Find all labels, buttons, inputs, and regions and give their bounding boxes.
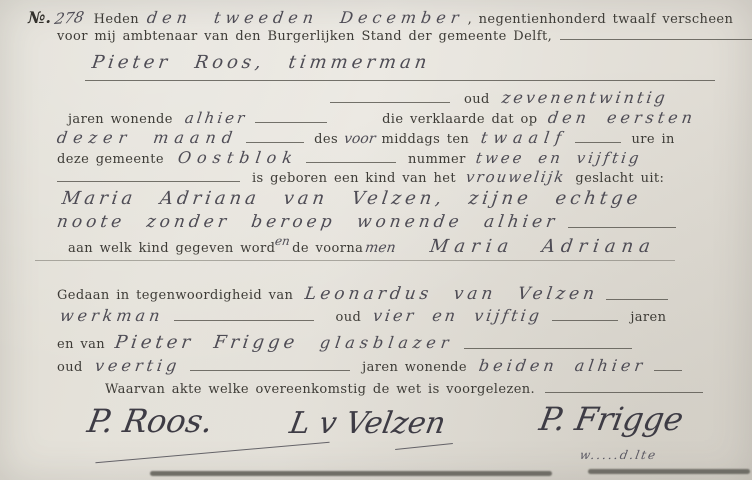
- declared-label: die verklaarde dat op: [382, 112, 537, 127]
- witness1-age-row: werkman oud vier en vijftig jaren: [60, 306, 666, 325]
- witness2-name: Pieter Frigge: [114, 332, 300, 353]
- declarant-age-row: oud zevenentwintig: [330, 88, 668, 107]
- witness1-name: Leonardus van Velzen: [304, 284, 600, 304]
- fill-line: [35, 260, 675, 261]
- fill-line: [552, 320, 618, 321]
- fill-line: [57, 181, 240, 182]
- birth-day: den eersten: [546, 108, 697, 127]
- signature-witness2: P. Frigge: [537, 400, 687, 438]
- fill-line: [606, 299, 668, 300]
- birth-time-row: dezer maand des voor middags ten twaalf …: [57, 128, 675, 147]
- declarant-row: Pieter Roos, timmerman: [92, 52, 430, 73]
- men-suffix: men: [364, 240, 397, 256]
- gemeente-label: deze gemeente: [57, 152, 164, 167]
- mother-row-1: Maria Adriana van Velzen, zijne echtge: [62, 188, 641, 209]
- scan-artifact: [150, 471, 552, 476]
- mother-name: Maria Adriana van Velzen, zijne echtge: [61, 188, 643, 209]
- birth-month: dezer maand: [56, 128, 240, 147]
- oud-label-2: oud: [336, 310, 362, 325]
- given-label: aan welk kind gegeven word: [68, 241, 275, 256]
- child-name-row: aan welk kind gegeven word en de voorna …: [68, 236, 656, 257]
- registrar-text: voor mij ambtenaar van den Burgerlijken …: [57, 29, 552, 44]
- jaren-label: jaren: [630, 310, 666, 325]
- heden-label: Heden: [94, 12, 139, 27]
- middags-label: middags ten: [382, 132, 470, 147]
- birth-time: twaalf: [480, 128, 569, 147]
- declarant-name: Pieter Roos, timmerman: [91, 52, 432, 73]
- registrar-scrawl: w.....d.lte: [579, 448, 659, 462]
- inserted-en: en: [274, 234, 291, 248]
- time-period: voor: [343, 131, 377, 147]
- witness2-row: en van Pieter Frigge glasblazer: [57, 332, 632, 353]
- header-row: №. 278 Heden den tweeden December , nege…: [28, 8, 733, 27]
- child-gender: vrouwelijk: [465, 168, 567, 186]
- scan-artifact: [588, 469, 750, 474]
- witness2-age-row: oud veertig jaren wonende beiden alhier: [57, 356, 682, 375]
- mother-details: noote zonder beroep wonende alhier: [56, 212, 560, 232]
- declarant-residence: alhier: [184, 109, 249, 127]
- witness1-age: vier en vijftig: [372, 306, 544, 325]
- fill-line: [654, 370, 682, 371]
- gedaan-label: Gedaan in tegenwoordigheid van: [57, 288, 293, 303]
- residence-row: jaren wonende alhier die verklaarde dat …: [68, 108, 696, 127]
- fill-line: [560, 39, 752, 40]
- signature-witness1: L v Velzen: [287, 406, 448, 441]
- house-number: twee en vijftig: [474, 149, 642, 167]
- witness1-row: Gedaan in tegenwoordigheid van Leonardus…: [57, 284, 668, 304]
- closing-text: Waarvan akte welke overeenkomstig de wet…: [105, 382, 535, 397]
- born-label: is geboren een kind van het: [252, 171, 456, 186]
- jaren-wonende-label-2: jaren wonende: [362, 360, 467, 375]
- fill-line: [306, 162, 396, 163]
- geslacht-label: geslacht uit:: [575, 171, 664, 186]
- fill-line: [330, 102, 450, 103]
- fill-line: [174, 320, 314, 321]
- registrar-row: voor mij ambtenaar van den Burgerlijken …: [57, 29, 752, 44]
- fill-line: [464, 348, 632, 349]
- declarant-age: zevenentwintig: [500, 88, 668, 107]
- fill-line: [190, 370, 350, 371]
- signature-flourish: [95, 442, 329, 463]
- child-names: Maria Adriana: [428, 236, 657, 257]
- oud-label-3: oud: [57, 360, 83, 375]
- year-text: , negentienhonderd twaalf verscheen: [468, 12, 734, 27]
- signature-declarant: P. Roos.: [85, 402, 216, 440]
- witness2-occupation: glasblazer: [319, 333, 455, 352]
- street-name: Oostblok: [177, 148, 300, 167]
- ure-label: ure in: [631, 132, 674, 147]
- fill-line: [255, 122, 327, 123]
- fill-line: [545, 392, 703, 393]
- oud-label: oud: [464, 92, 490, 107]
- handwritten-date: den tweeden December: [146, 8, 465, 27]
- closing-row: Waarvan akte welke overeenkomstig de wet…: [105, 382, 703, 397]
- des-label: des: [314, 132, 338, 147]
- born-row: is geboren een kind van het vrouwelijk g…: [57, 168, 664, 186]
- address-row: deze gemeente Oostblok nummer twee en vi…: [57, 148, 641, 167]
- fill-line: [85, 80, 715, 81]
- fill-line: [568, 227, 676, 228]
- mother-row-2: noote zonder beroep wonende alhier: [57, 212, 676, 232]
- witness2-age: veertig: [93, 356, 181, 375]
- fill-line: [246, 142, 304, 143]
- voorna-label: de voorna: [292, 241, 363, 256]
- witness-residence: beiden alhier: [478, 356, 648, 375]
- record-number-value: 278: [53, 8, 85, 28]
- signature-flourish: [395, 443, 453, 450]
- nummer-label: nummer: [408, 152, 466, 167]
- jaren-wonende-label: jaren wonende: [68, 112, 173, 127]
- en-van-label: en van: [57, 337, 105, 352]
- witness1-occupation: werkman: [59, 306, 165, 325]
- record-number-label: №.: [28, 8, 51, 27]
- birth-certificate-document: №. 278 Heden den tweeden December , nege…: [0, 0, 752, 480]
- fill-line: [575, 142, 621, 143]
